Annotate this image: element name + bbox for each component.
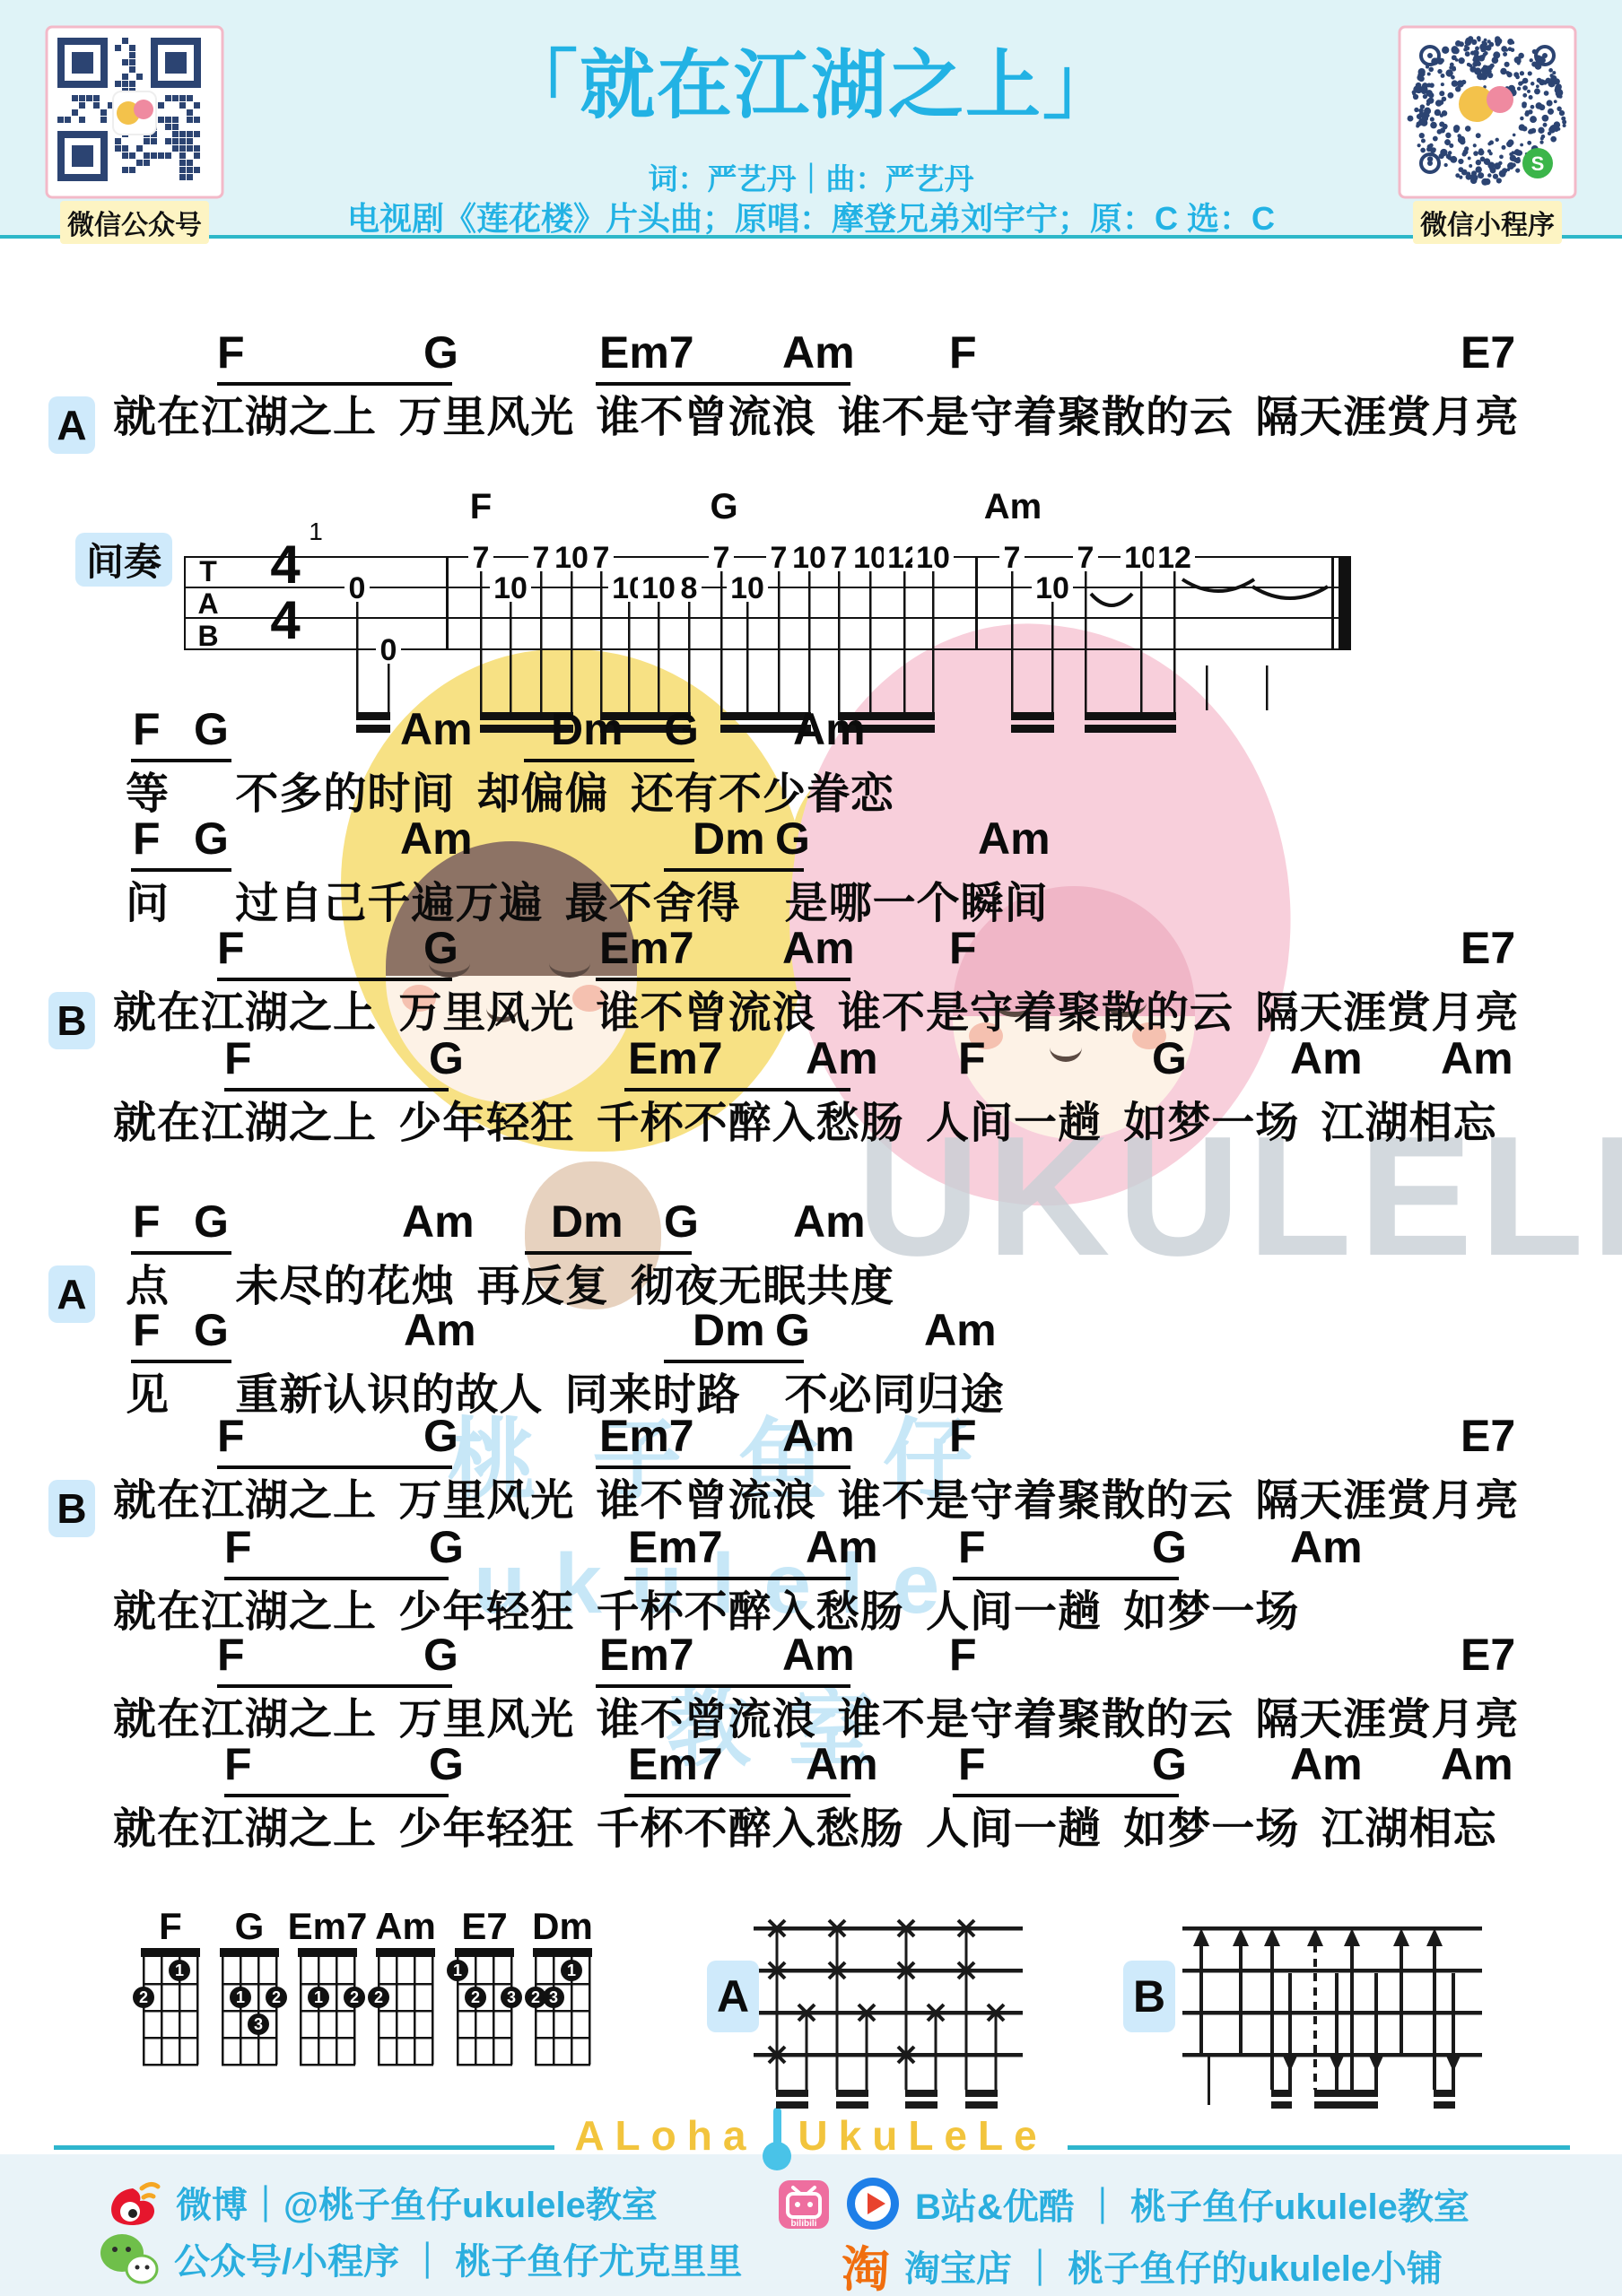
- tab-beam: [356, 712, 390, 720]
- chord-Am: Am: [806, 1036, 878, 1081]
- tab-note-stem: [808, 571, 811, 712]
- chord-G: G: [194, 1199, 229, 1244]
- strum-a-beam: [776, 2090, 808, 2097]
- strum-a-x-mark: [988, 2005, 1004, 2021]
- chord-G: G: [423, 1632, 458, 1677]
- tab-number-halo: [376, 635, 401, 664]
- tab-slur: [1091, 594, 1132, 605]
- strum-grid-line: [754, 2053, 1023, 2057]
- chord-Am: Am: [806, 1742, 878, 1787]
- weibo-icon: [106, 2176, 161, 2228]
- svg-text:bilibili: bilibili: [791, 2219, 817, 2229]
- chord-G: G: [1152, 1525, 1187, 1570]
- strum-a-stem: [806, 2013, 808, 2090]
- chord-diagram-string: [457, 1957, 459, 2065]
- strum-a-beam: [965, 2090, 998, 2097]
- chord-diagram-label-Em7: Em7: [288, 1905, 368, 1947]
- chord-underline: [131, 1360, 231, 1363]
- chord-F: F: [133, 1308, 161, 1352]
- chord-G: G: [194, 816, 229, 861]
- strum-a-x-mark: [859, 2005, 875, 2021]
- chord-Am: Am: [782, 926, 855, 970]
- lyric-line-5: 就在江湖之上 少年轻狂 千杯不醉入愁肠 人间一趟 如梦一场 江湖相忘: [113, 1099, 1497, 1148]
- chord-F: F: [224, 1525, 252, 1570]
- strum-b-up-arrowhead: [1233, 1928, 1249, 1946]
- chord-G: G: [1152, 1036, 1187, 1081]
- chord-diagram-fret: [143, 2010, 198, 2013]
- chord-Em7: Em7: [599, 926, 694, 970]
- tab-fret-number: 10: [1124, 541, 1158, 575]
- chord-F: F: [217, 1413, 245, 1458]
- chord-diagram-finger-number: 1: [175, 1961, 184, 1979]
- chord-diagram-nut: [141, 1948, 200, 1957]
- strum-grid-line: [754, 1926, 1023, 1931]
- strum-grid-line: [754, 1969, 1023, 1973]
- tab-number-halo: [1073, 543, 1098, 571]
- chord-diagram-string: [378, 1957, 380, 2065]
- strum-b-lone-stem: [1208, 2055, 1210, 2105]
- chord-diagram-fret: [222, 2010, 277, 2013]
- strum-a-stem: [995, 2013, 998, 2090]
- chord-Em7: Em7: [599, 1413, 694, 1458]
- chord-diagram-fret: [143, 1983, 198, 1986]
- strum-a-stem: [965, 1928, 968, 2090]
- chord-underline: [224, 1577, 449, 1580]
- chord-F: F: [949, 1632, 977, 1677]
- chord-underline: [217, 1684, 452, 1688]
- tab-number-halo: [727, 573, 768, 602]
- chord-Am: Am: [1290, 1036, 1363, 1081]
- chord-diagram-string: [553, 1957, 555, 2065]
- chord-diagram-fret: [300, 2064, 355, 2066]
- chord-G: G: [429, 1036, 464, 1081]
- chord-underline: [953, 1577, 1179, 1580]
- chord-Em7: Em7: [628, 1742, 723, 1787]
- chord-Dm: Dm: [551, 707, 624, 752]
- watermark-eye: [549, 949, 590, 978]
- chord-underline: [525, 1251, 692, 1255]
- tab-number-halo: [789, 543, 830, 571]
- chord-diagram-string: [535, 1957, 537, 2065]
- chord-Am: Am: [806, 1525, 878, 1570]
- chord-diagram-nut: [220, 1948, 279, 1957]
- chord-underline: [224, 1088, 449, 1091]
- chord-diagram-fret: [535, 2037, 590, 2039]
- tab-fret-number: 0: [380, 633, 397, 667]
- song-credits: 词：严艺丹｜曲：严艺丹: [0, 156, 1622, 198]
- tab-fret-number: 12: [887, 541, 921, 575]
- tab-fret-number: 0: [349, 571, 366, 605]
- chord-diagram-fret: [457, 1983, 512, 1986]
- qr-right-label-wrap: 微信小程序: [1400, 201, 1575, 244]
- tab-final-thin-bar: [1331, 557, 1334, 649]
- chord-diagram-fret: [300, 2037, 355, 2039]
- measure-number: 1: [309, 517, 323, 545]
- chord-diagram-finger-number: 1: [314, 1988, 323, 2006]
- tab-fret-number: 7: [593, 541, 610, 575]
- tab-number-halo: [826, 543, 851, 571]
- chord-diagram-finger-dot: [230, 1987, 251, 2008]
- chord-diagram-string: [300, 1957, 302, 2065]
- chord-underline: [131, 1251, 231, 1255]
- tab-number-halo: [638, 573, 679, 602]
- tab-note-stem: [356, 602, 359, 712]
- chord-underline: [217, 1465, 452, 1469]
- chord-G: G: [775, 1308, 810, 1352]
- chord-F: F: [224, 1036, 252, 1081]
- section-label-A: A: [48, 396, 95, 454]
- chord-underline: [664, 868, 804, 872]
- chord-underline: [596, 382, 850, 386]
- tab-letter-A: A: [197, 587, 218, 620]
- chord-F: F: [949, 926, 977, 970]
- chord-diagram-fret: [300, 2010, 355, 2013]
- tab-number-halo: [1032, 573, 1073, 602]
- tab-number-halo: [344, 573, 370, 602]
- chord-diagram-label-G: G: [235, 1905, 265, 1947]
- tab-barline: [446, 557, 449, 649]
- chord-diagram-string: [179, 1957, 181, 2065]
- chord-diagram-finger-dot: [266, 1987, 287, 2008]
- footer-bilibili-youku-text: B站&优酷 ｜ 桃子鱼仔ukulele教室: [915, 2179, 1469, 2230]
- tab-staff-line: [184, 648, 1351, 650]
- chord-diagram-finger-dot: [525, 1987, 546, 2008]
- chord-G: G: [664, 1199, 699, 1244]
- chord-Am: Am: [1290, 1525, 1363, 1570]
- brand-banner: ALohaUkuLeLe: [0, 2104, 1622, 2174]
- qr-left-label-wrap: 微信公众号: [47, 201, 222, 244]
- tab-fret-number: 7: [771, 541, 788, 575]
- chord-diagram-fret: [300, 1983, 355, 1986]
- tab-staff-line: [184, 617, 1351, 619]
- chord-F: F: [217, 1632, 245, 1677]
- chord-diagram-finger-dot: [465, 1987, 486, 2008]
- chord-Am: Am: [1441, 1036, 1513, 1081]
- chord-diagram-string: [493, 1957, 495, 2065]
- strum-b-down-arrowhead: [1445, 2054, 1461, 2072]
- lyric-line-10: 就在江湖之上 万里风光 谁不曾流浪 谁不是守着聚散的云 隔天涯赏月亮: [113, 1695, 1519, 1744]
- chord-diagram-finger-number: 2: [531, 1988, 540, 2006]
- chord-G: G: [423, 1413, 458, 1458]
- strum-a-stem: [935, 2013, 937, 2090]
- tab-fret-number: 10: [792, 541, 826, 575]
- youku-icon: [845, 2176, 901, 2231]
- tab-staff-line: [184, 556, 1351, 558]
- tab-fret-number: 10: [916, 541, 950, 575]
- chord-Am: Am: [404, 1308, 476, 1352]
- tab-fret-number: 10: [730, 571, 764, 605]
- footer-wechat-text: 公众号/小程序 ｜ 桃子鱼仔尤克里里: [174, 2233, 742, 2284]
- chord-diagram-nut: [533, 1948, 592, 1957]
- lyric-line-11: 就在江湖之上 少年轻狂 千杯不醉入愁肠 人间一趟 如梦一场 江湖相忘: [113, 1805, 1497, 1854]
- chord-diagram-label-E7: E7: [461, 1905, 507, 1947]
- chord-diagram-finger-dot: [368, 1987, 389, 2008]
- chord-diagram-finger-number: 2: [272, 1988, 281, 2006]
- strum-a-beam: [905, 2090, 937, 2097]
- strum-a-x-mark: [829, 1920, 845, 1936]
- song-title: 「就在江湖之上」: [0, 25, 1622, 134]
- chord-G: G: [423, 330, 458, 375]
- strum-a-x-mark: [928, 2005, 944, 2021]
- strum-a-stem: [905, 1928, 908, 2090]
- brand-aloha: ALoha: [574, 2112, 756, 2159]
- strum-a-x-mark: [898, 1962, 914, 1979]
- chord-F: F: [133, 816, 161, 861]
- chord-diagram-string: [257, 1957, 260, 2065]
- tab-fret-number: 10: [612, 571, 646, 605]
- tab-beam: [356, 725, 390, 733]
- chord-Am: Am: [782, 330, 855, 375]
- chord-F: F: [217, 926, 245, 970]
- chord-diagram-finger-number: 3: [507, 1988, 516, 2006]
- tab-number-halo: [589, 543, 614, 571]
- chord-diagram-nut: [376, 1948, 435, 1957]
- chord-sheet-page: UKULELE 桃子鱼仔 ukulele 教室 「就在江湖之上」 词：严艺丹｜曲…: [0, 0, 1622, 2296]
- tab-chord-F: F: [470, 487, 492, 526]
- tab-number-halo: [766, 543, 791, 571]
- song-subtitle: 电视剧《莲花楼》片头曲；原唱：摩登兄弟刘宇宁；原：C 选：C: [0, 194, 1622, 239]
- chord-diagram-fret: [378, 1983, 433, 1986]
- chord-diagram-finger-dot: [344, 1987, 365, 2008]
- chord-underline: [624, 1794, 850, 1797]
- tab-final-thick-bar: [1339, 557, 1351, 649]
- tab-note-stem: [869, 571, 872, 712]
- strum-b-up-arrowhead: [1426, 1928, 1443, 1946]
- strum-grid-line: [1182, 2011, 1482, 2015]
- chord-underline: [596, 1465, 850, 1469]
- wechat-icon: [99, 2231, 160, 2285]
- chord-diagram-label-Dm: Dm: [532, 1905, 593, 1947]
- chord-underline: [217, 382, 452, 386]
- chord-Am: Am: [1441, 1742, 1513, 1787]
- chord-diagram-string: [161, 1957, 163, 2065]
- strum-a-beam: [836, 2090, 868, 2097]
- chord-diagram-fret: [457, 2064, 512, 2066]
- strum-b-up-arrowhead: [1193, 1928, 1209, 1946]
- strum-a-x-mark: [958, 1920, 974, 1936]
- lyric-line-3: 问 过自己千遍万遍 最不舍得 是哪一个瞬间: [126, 879, 1049, 928]
- lyric-line-7: 见 重新认识的故人 同来时路 不必同归途: [126, 1370, 1005, 1420]
- chord-Dm: Dm: [693, 1308, 765, 1352]
- footer-row-taobao: 淘 淘宝店 ｜ 桃子鱼仔的ukulele小铺: [842, 2231, 1443, 2296]
- chord-diagram-string: [222, 1957, 224, 2065]
- chord-diagram-fret: [143, 2064, 198, 2066]
- chord-underline: [596, 1684, 850, 1688]
- section-label-A: A: [48, 1265, 95, 1323]
- chord-diagram-string: [240, 1957, 242, 2065]
- chord-diagram-label-F: F: [159, 1905, 182, 1947]
- tab-fret-number: 10: [853, 541, 887, 575]
- chord-Am: Am: [782, 1632, 855, 1677]
- chord-diagram-fret: [457, 2037, 512, 2039]
- tab-letter-B: B: [197, 620, 218, 652]
- chord-diagram-nut: [455, 1948, 514, 1957]
- chord-diagram-finger-dot: [248, 2013, 269, 2035]
- chord-diagram-finger-number: 3: [254, 2015, 263, 2033]
- chord-diagram-fret: [457, 2010, 512, 2013]
- strum-a-stem: [776, 1928, 779, 2090]
- strum-b-beam: [1271, 2090, 1292, 2097]
- chord-diagram-string: [475, 1957, 477, 2065]
- chord-diagram-finger-dot: [133, 1987, 154, 2008]
- chord-F: F: [949, 1413, 977, 1458]
- chord-diagram-finger-dot: [169, 1960, 190, 1981]
- chord-diagram-fret: [222, 1983, 277, 1986]
- tab-number-halo: [999, 543, 1025, 571]
- lyric-line-1: 就在江湖之上 万里风光 谁不曾流浪 谁不是守着聚散的云 隔天涯赏月亮: [113, 393, 1519, 442]
- interlude-label: 间奏: [75, 533, 172, 587]
- chord-diagram-string: [353, 1957, 356, 2065]
- chord-G: G: [664, 707, 699, 752]
- chord-diagram-finger-number: 3: [549, 1988, 558, 2006]
- strum-b-up-arrowhead: [1393, 1928, 1409, 1946]
- tab-slur: [1252, 587, 1328, 598]
- chord-underline: [596, 978, 850, 981]
- tab-fret-number: 10: [493, 571, 528, 605]
- section-label-B: B: [48, 992, 95, 1049]
- chord-diagram-finger-number: 1: [236, 1988, 245, 2006]
- tab-number-halo: [528, 543, 554, 571]
- tab-staff-line: [184, 587, 1351, 588]
- chord-diagram-label-Am: Am: [375, 1905, 436, 1947]
- strum-grid-line: [1182, 1926, 1482, 1931]
- chord-diagram-string: [432, 1957, 434, 2065]
- chord-Am: Am: [978, 816, 1051, 861]
- chord-F: F: [133, 707, 161, 752]
- chord-G: G: [1152, 1742, 1187, 1787]
- strum-b-down-arrowhead: [1368, 2054, 1384, 2072]
- tab-note-stem: [388, 664, 390, 712]
- chord-Am: Am: [400, 816, 473, 861]
- strum-b-down-arrowhead: [1282, 2054, 1298, 2072]
- strum-a-stem: [836, 1928, 839, 2090]
- chord-diagram-string: [510, 1957, 513, 2065]
- tab-number-halo: [551, 543, 592, 571]
- chord-diagram-finger-dot: [501, 1987, 522, 2008]
- chord-G: G: [429, 1742, 464, 1787]
- chord-diagram-finger-dot: [561, 1960, 582, 1981]
- chord-Am: Am: [793, 1199, 866, 1244]
- chord-underline: [131, 868, 231, 872]
- tab-note-stem: [838, 571, 841, 712]
- footer-row-bilibili-youku: bilibili B站&优酷 ｜ 桃子鱼仔ukulele教室: [777, 2176, 1469, 2231]
- tab-lone-stem: [1266, 665, 1269, 710]
- tab-fret-number: 7: [713, 541, 730, 575]
- tab-fret-number: 10: [1035, 571, 1069, 605]
- chord-F: F: [958, 1036, 986, 1081]
- footer-row-weibo: 微博｜@桃子鱼仔ukulele教室: [106, 2176, 658, 2228]
- tab-chord-G: G: [710, 487, 737, 526]
- footer-row-wechat: 公众号/小程序 ｜ 桃子鱼仔尤克里里: [99, 2231, 742, 2285]
- section-label-B: B: [48, 1480, 95, 1537]
- chord-Em7: Em7: [628, 1525, 723, 1570]
- strum-grid-line: [1182, 1969, 1482, 1973]
- time-signature-top: 4: [270, 535, 301, 595]
- chord-diagram-string: [196, 1957, 199, 2065]
- chord-underline: [131, 759, 231, 762]
- tab-fret-number: 10: [554, 541, 589, 575]
- tab-fret-number: 7: [473, 541, 490, 575]
- chord-E7: E7: [1461, 330, 1515, 375]
- strum-b-up-arrowhead: [1344, 1928, 1360, 1946]
- tab-letter-T: T: [199, 555, 217, 587]
- chord-Em7: Em7: [628, 1036, 723, 1081]
- chord-diagram-finger-number: 2: [374, 1988, 383, 2006]
- tab-number-halo: [709, 543, 734, 571]
- ukulele-icon: [762, 2104, 792, 2174]
- lyric-line-9: 就在江湖之上 少年轻狂 千杯不醉入愁肠 人间一趟 如梦一场: [113, 1587, 1299, 1637]
- chord-Am: Am: [793, 707, 866, 752]
- chord-diagram-fret: [143, 2037, 198, 2039]
- strum-b-beam: [1434, 2090, 1455, 2097]
- strum-a-x-mark: [769, 1962, 785, 1979]
- chord-F: F: [133, 1199, 161, 1244]
- chord-underline: [217, 978, 452, 981]
- brand-ukulele: UkuLeLe: [798, 2112, 1047, 2159]
- chord-Am: Am: [924, 1308, 997, 1352]
- chord-underline: [953, 1794, 1179, 1797]
- strum-grid-line: [754, 2011, 1023, 2015]
- strum-a-x-mark: [769, 2047, 785, 2063]
- bilibili-icon: bilibili: [777, 2177, 831, 2231]
- tab-fret-number: 7: [1004, 541, 1021, 575]
- tab-note-stem: [746, 602, 749, 712]
- strum-b-up-arrowhead: [1307, 1928, 1323, 1946]
- strum-grid-line: [1182, 2053, 1482, 2057]
- chord-Dm: Dm: [693, 816, 765, 861]
- lyric-line-2: 等 不多的时间 却偏偏 还有不少眷恋: [126, 770, 894, 819]
- chord-G: G: [429, 1525, 464, 1570]
- strum-a-x-mark: [958, 1962, 974, 1979]
- taobao-icon: 淘: [842, 2231, 890, 2296]
- tab-fret-number: 10: [641, 571, 676, 605]
- tab-number-halo: [884, 543, 925, 571]
- chord-underline: [624, 1088, 850, 1091]
- chord-underline: [524, 759, 694, 762]
- chord-diagram-finger-number: 2: [350, 1988, 359, 2006]
- chord-diagram-string: [571, 1957, 573, 2065]
- chord-E7: E7: [1461, 926, 1515, 970]
- chord-F: F: [224, 1742, 252, 1787]
- chord-diagram-finger-dot: [447, 1960, 468, 1981]
- chord-Am: Am: [1290, 1742, 1363, 1787]
- tab-note-stem: [720, 571, 723, 712]
- chord-underline: [664, 1360, 804, 1363]
- chord-diagram-fret: [378, 2010, 433, 2013]
- chord-G: G: [775, 816, 810, 861]
- tab-number-halo: [1154, 543, 1195, 571]
- chord-F: F: [217, 330, 245, 375]
- strum-b-beam: [1314, 2090, 1378, 2097]
- chord-F: F: [949, 330, 977, 375]
- chord-E7: E7: [1461, 1413, 1515, 1458]
- strum-a-stem: [866, 2013, 868, 2090]
- tab-staff-left-edge: [184, 557, 186, 649]
- tab-number-halo: [850, 543, 891, 571]
- chord-diagram-fret: [535, 1983, 590, 1986]
- chord-diagram-fret: [222, 2037, 277, 2039]
- chord-Am: Am: [782, 1413, 855, 1458]
- chord-diagram-string: [143, 1957, 145, 2065]
- strum-b-down-arrowhead: [1329, 2054, 1345, 2072]
- chord-diagram-finger-number: 2: [139, 1988, 148, 2006]
- chord-G: G: [194, 707, 229, 752]
- chord-Dm: Dm: [551, 1199, 624, 1244]
- chord-underline: [624, 1577, 850, 1580]
- lyric-line-4: 就在江湖之上 万里风光 谁不曾流浪 谁不是守着聚散的云 隔天涯赏月亮: [113, 988, 1519, 1038]
- chord-diagram-fret: [222, 2064, 277, 2066]
- chord-E7: E7: [1461, 1632, 1515, 1677]
